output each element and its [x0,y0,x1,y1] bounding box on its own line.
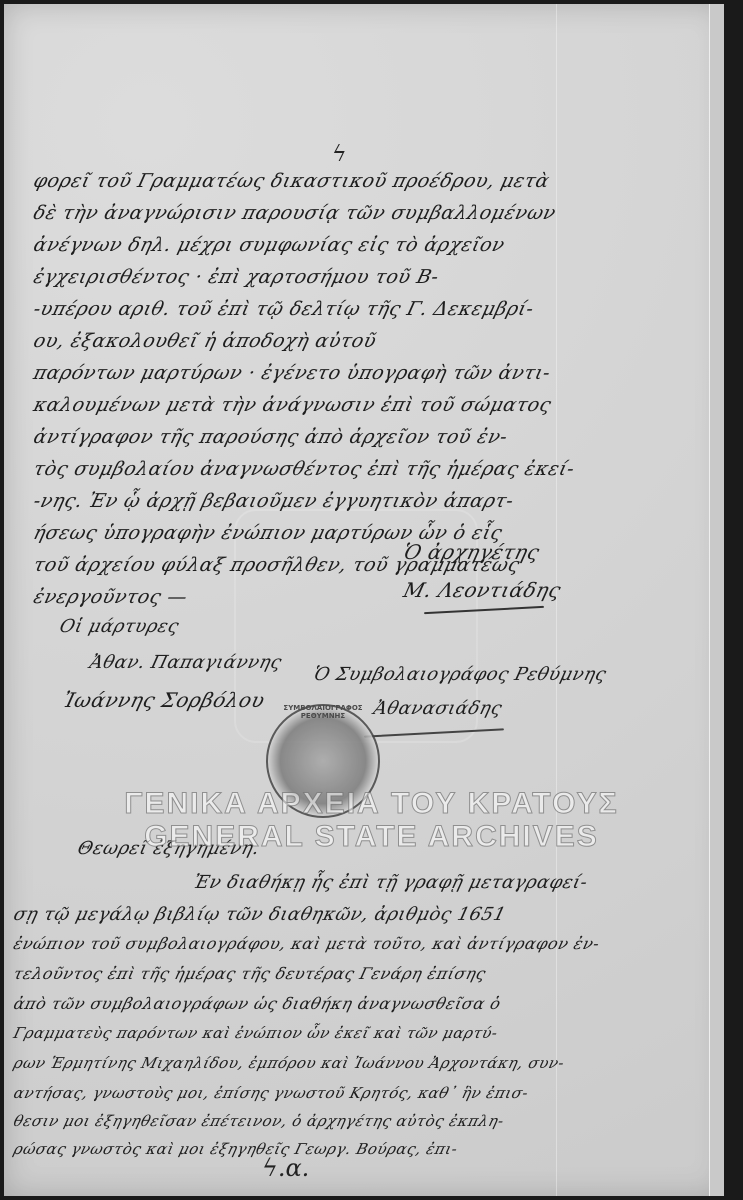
witness-signature: Ἀθαν. Παπαγιάννης [87,652,284,673]
body-line: θεσιν μοι ἐξηγηθεῖσαν ἐπέτεινον, ὁ ἀρχηγ… [12,1112,506,1130]
body-line: φορεῖ τοῦ Γραμματέως δικαστικοῦ προέδρου… [31,170,552,192]
body-line: ρώσας γνωστὸς καὶ μοι ἐξηγηθεῖς Γεωργ. Β… [12,1140,460,1158]
watermark-greek: ΓΕΝΙΚΑ ΑΡΧΕΙΑ ΤΟΥ ΚΡΑΤΟΥΣ [0,787,743,821]
notary-signature: Ἀθανασιάδης [371,698,504,719]
body-line: σῃ τῷ μεγάλῳ βιβλίῳ τῶν διαθηκῶν, ἀριθμὸ… [11,904,508,925]
body-line: Ἐν διαθήκῃ ἧς ἐπὶ τῇ γραφῇ μεταγραφεί- [191,872,590,893]
signatory-title: Ὁ ἀρχηγέτης [401,540,542,564]
body-line: ἀνέγνων δηλ. μέχρι συμφωνίας εἰς τὸ ἀρχε… [31,234,507,256]
body-line: δὲ τὴν ἀναγνώρισιν παρουσίᾳ τῶν συμβαλλο… [31,202,558,224]
notary-title: Ὁ Συμβολαιογράφος Ρεθύμνης [311,664,608,685]
body-line: παρόντων μαρτύρων · ἐγένετο ὑπογραφὴ τῶν… [31,362,553,384]
signatory-signature: Μ. Λεοντιάδης [401,578,564,602]
witness-signature: Ἰωάννης Σορβόλου [61,688,267,712]
body-line: ρων Ἑρμητίνης Μιχαηλίδου, ἐμπόρου καὶ Ἰω… [12,1054,567,1072]
body-line: Γραμματεὺς παρόντων καὶ ἐνώπιον ὧν ἐκεῖ … [12,1024,500,1042]
page-mark: ϟ [332,142,347,167]
body-line: -νης. Ἐν ᾧ ἀρχῇ βεβαιοῦμεν ἐγγυητικὸν ἀπ… [31,490,516,512]
watermark-english: GENERAL STATE ARCHIVES [0,820,743,854]
body-line: ἀντίγραφον τῆς παρούσης ἀπὸ ἀρχεῖον τοῦ … [31,426,510,448]
witness-label: Οἱ μάρτυρες [57,616,181,637]
body-line: αντήσας, γνωστοὺς μοι, ἐπίσης γνωστοῦ Κρ… [12,1084,531,1102]
body-line: τελοῦντος ἐπὶ τῆς ἡμέρας τῆς δευτέρας Γε… [12,964,488,983]
body-line: ἐγχειρισθέντος · ἐπὶ χαρτοσήμου τοῦ Β- [31,266,441,288]
body-line: ἀπὸ τῶν συμβολαιογράφων ὡς διαθήκη ἀναγν… [12,994,503,1013]
page-footer-mark: ϟ.α. [262,1154,309,1182]
manuscript-page: ϟ φορεῖ τοῦ Γραμματέως δικαστικοῦ προέδρ… [4,4,724,1196]
seal-text: ΣΥΜΒΟΛΑΙΟΓΡΑΦΟΣ ΡΕΘΥΜΝΗΣ [268,704,378,720]
body-line: ἐνώπιον τοῦ συμβολαιογράφου, καὶ μετὰ το… [12,934,602,953]
page-edge-shadow [709,4,724,1196]
body-line: καλουμένων μετὰ τὴν ἀνάγνωσιν ἐπὶ τοῦ σώ… [31,394,553,416]
body-line: -υπέρου αριθ. τοῦ ἐπὶ τῷ δελτίῳ τῆς Γ. Δ… [31,298,536,320]
body-line: ἐνεργοῦντος — [31,586,190,608]
body-line: ου, ἐξακολουθεῖ ἡ ἀποδοχὴ αὐτοῦ [31,330,378,352]
body-line: τὸς συμβολαίου ἀναγνωσθέντος ἐπὶ τῆς ἡμέ… [31,458,577,480]
